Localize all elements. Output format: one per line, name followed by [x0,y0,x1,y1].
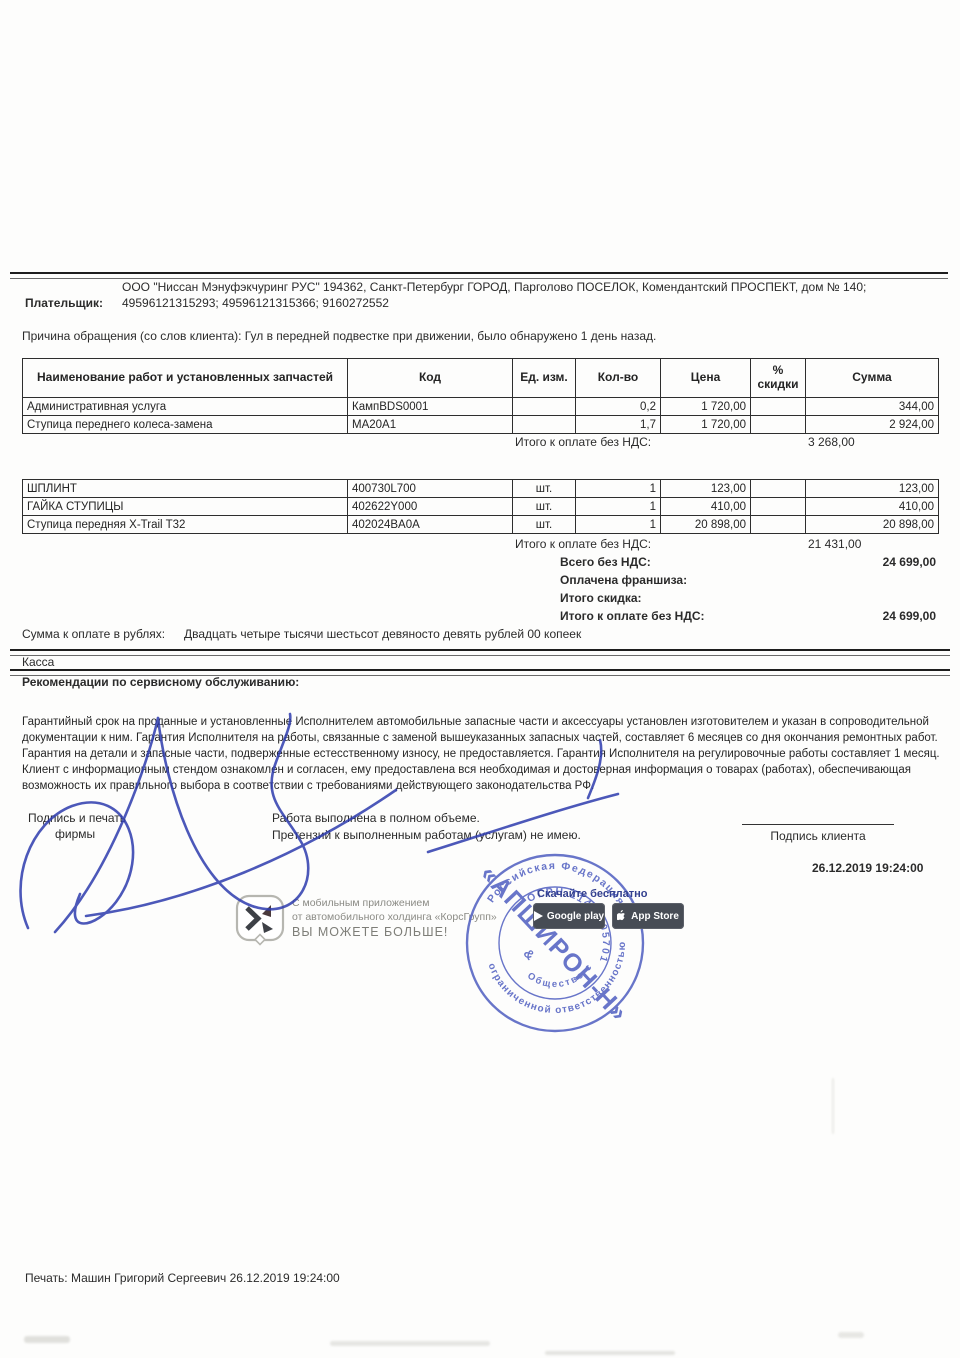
work-sum: 2 924,00 [806,416,939,434]
part-qty: 1 [576,516,661,534]
part-name: Ступица передняя X-Trail T32 [23,516,348,534]
work-code: КампBDS0001 [348,398,513,416]
part-name: ШПЛИНТ [23,480,348,498]
part-qty: 1 [576,480,661,498]
works-subtotal-value: 3 268,00 [808,435,855,450]
part-unit: шт. [513,498,576,516]
table-row: Ступица передняя X-Trail T32 402024BA0A … [23,516,939,534]
total-label: Итого скидка: [560,591,642,605]
firm-sign-label-line2: фирмы [55,827,95,842]
work-discount [751,416,806,434]
printed-by-line: Печать: Машин Григорий Сергеевич 26.12.2… [25,1271,340,1286]
scanned-invoice-page: ООО "Ниссан Мэнуфэкчуринг РУС" 194362, С… [0,0,960,1358]
top-divider [10,272,948,279]
payer-address: ООО "Ниссан Мэнуфэкчуринг РУС" 194362, С… [122,280,866,295]
scan-artifact [832,1078,834,1134]
parts-table: ШПЛИНТ 400730L700 шт. 1 123,00 123,00 ГА… [22,479,939,534]
col-code: Код [348,359,513,398]
recommendations-title: Рекомендации по сервисному обслуживанию: [22,675,299,690]
no-claims-statement: Претензий к выполненным работам (услугам… [272,828,581,843]
part-code: 400730L700 [348,480,513,498]
total-label: Итого к оплате без НДС: [560,609,705,623]
work-qty: 0,2 [576,398,661,416]
payer-label: Плательщик: [25,296,103,311]
col-discount: % скидки [751,359,806,398]
total-label: Всего без НДС: [560,555,651,569]
payer-ids: 49596121315293; 49596121315366; 91602725… [122,296,389,311]
total-label: Оплачена франшиза: [560,573,687,587]
firm-sign-label-line1: Подпись и печать [28,811,126,826]
col-name: Наименование работ и установленных запча… [23,359,348,398]
parts-subtotal-label: Итого к оплате без НДС: [515,537,651,552]
google-play-badge: Google play [533,903,605,929]
client-signature-line [742,824,894,825]
part-code: 402622Y000 [348,498,513,516]
promo-line1: С мобильным приложением [292,897,429,909]
stamp-number-text: 05701 [596,923,611,965]
work-unit [513,398,576,416]
warranty-text: Гарантийный срок на проданные и установл… [22,714,941,794]
col-sum: Сумма [806,359,939,398]
stamp-ampersand: & [521,946,538,963]
part-code: 402024BA0A [348,516,513,534]
part-sum: 123,00 [806,480,939,498]
amount-words-label: Сумма к оплате в рублях: [22,627,165,642]
scan-artifact [545,1351,675,1355]
part-discount [751,480,806,498]
col-unit: Ед. изм. [513,359,576,398]
works-table: Наименование работ и установленных запча… [22,358,939,434]
google-play-badge-label: Google play [547,911,604,922]
part-sum: 20 898,00 [806,516,939,534]
work-price: 1 720,00 [661,398,751,416]
app-store-badge: App Store [612,903,684,929]
app-store-badge-label: App Store [631,911,679,922]
part-unit: шт. [513,480,576,498]
work-name: Административная услуга [23,398,348,416]
work-code: МА20А1 [348,416,513,434]
table-row: Ступица переднего колеса-замена МА20А1 1… [23,416,939,434]
table-row: ГАЙКА СТУПИЦЫ 402622Y000 шт. 1 410,00 41… [23,498,939,516]
part-name: ГАЙКА СТУПИЦЫ [23,498,348,516]
svg-text:05701: 05701 [596,923,611,965]
work-qty: 1,7 [576,416,661,434]
part-price: 123,00 [661,480,751,498]
amount-words-text: Двадцать четыре тысячи шестьсот девяност… [184,627,581,642]
part-price: 410,00 [661,498,751,516]
apple-icon [617,910,627,922]
part-price: 20 898,00 [661,516,751,534]
part-unit: шт. [513,516,576,534]
work-sum: 344,00 [806,398,939,416]
works-subtotal-label: Итого к оплате без НДС: [515,435,651,450]
works-header-row: Наименование работ и установленных запча… [23,359,939,398]
part-discount [751,516,806,534]
scan-artifact [24,1336,70,1343]
kassa-label: Касса [22,655,54,670]
table-row: ШПЛИНТ 400730L700 шт. 1 123,00 123,00 [23,480,939,498]
table-row: Административная услуга КампBDS0001 0,2 … [23,398,939,416]
col-price: Цена [661,359,751,398]
work-done-statement: Работа выполнена в полном объеме. [272,811,480,826]
signed-datetime: 26.12.2019 19:24:00 [812,861,923,876]
parts-subtotal-value: 21 431,00 [808,537,861,552]
google-play-icon [534,911,543,921]
total-value: 24 699,00 [780,555,936,569]
scan-artifact [330,1341,490,1346]
work-name: Ступица переднего колеса-замена [23,416,348,434]
client-signature-label: Подпись клиента [742,829,894,844]
kassa-top-divider [10,649,950,656]
total-value: 24 699,00 [780,609,936,623]
company-round-stamp: Российская Федерация ограниченной ответс… [445,848,665,1038]
work-price: 1 720,00 [661,416,751,434]
part-discount [751,498,806,516]
col-qty: Кол-во [576,359,661,398]
korsgrupp-logo-icon [233,892,289,948]
part-sum: 410,00 [806,498,939,516]
visit-reason: Причина обращения (со слов клиента): Гул… [22,329,656,344]
promo-slogan: ВЫ МОЖЕТЕ БОЛЬШЕ! [292,925,448,939]
part-qty: 1 [576,498,661,516]
work-discount [751,398,806,416]
work-unit [513,416,576,434]
scan-artifact [838,1332,864,1338]
download-free-label: Скачайте бесплатно [537,888,648,900]
